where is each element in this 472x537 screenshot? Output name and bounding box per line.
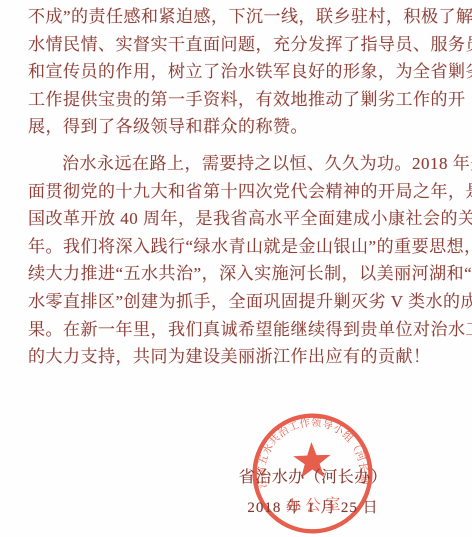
text-line: 治水永远在路上，需要持之以恒、久久为功。2018 年是全 xyxy=(28,150,452,178)
text-line: 和宣传员的作用，树立了治水铁军良好的形象，为全省剿劣 xyxy=(28,58,452,86)
text-line: 不成”的责任感和紧迫感，下沉一线，联乡驻村，积极了解 xyxy=(28,3,452,31)
date-line: 2018 年 1 月 25 日 xyxy=(228,496,398,517)
text-line: 果。在新一年里，我们真诚希望能继续得到贵单位对治水工作 xyxy=(28,316,452,344)
paragraph-2: 治水永远在路上，需要持之以恒、久久为功。2018 年是全 面贯彻党的十九大和省第… xyxy=(28,150,452,371)
text-line: 展，得到了各级领导和群众的称赞。 xyxy=(28,113,452,141)
text-line: 续大力推进“五水共治”，深入实施河长制，以美丽河湖和“污 xyxy=(28,260,452,288)
text-line: 的大力支持，共同为建设美丽浙江作出应有的贡献！ xyxy=(28,343,452,371)
signature-line: 省治水办（河长办） xyxy=(228,468,398,487)
text-line: 工作提供宝贵的第一手资料，有效地推动了剿劣工作的开 xyxy=(28,86,452,114)
signature-block: 省治水办（河长办） 2018 年 1 月 25 日 xyxy=(228,468,398,517)
text-line: 水情民情、实督实干直面问题，充分发挥了指导员、服务员 xyxy=(28,31,452,59)
document-page: 不成”的责任感和紧迫感，下沉一线，联乡驻村，积极了解 水情民情、实督实干直面问题… xyxy=(0,0,472,537)
text-line: 年。我们将深入践行“绿水青山就是金山银山”的重要思想，继 xyxy=(28,233,452,261)
letter-body: 不成”的责任感和紧迫感，下沉一线，联乡驻村，积极了解 水情民情、实督实干直面问题… xyxy=(0,0,472,371)
text-line: 面贯彻党的十九大和省第十四次党代会精神的开局之年，是我 xyxy=(28,178,452,206)
paragraph-1: 不成”的责任感和紧迫感，下沉一线，联乡驻村，积极了解 水情民情、实督实干直面问题… xyxy=(28,3,452,141)
text-line: 水零直排区”创建为抓手，全面巩固提升剿灭劣 V 类水的成 xyxy=(28,288,452,316)
text-line: 国改革开放 40 周年，是我省高水平全面建成小康社会的关键一 xyxy=(28,205,452,233)
